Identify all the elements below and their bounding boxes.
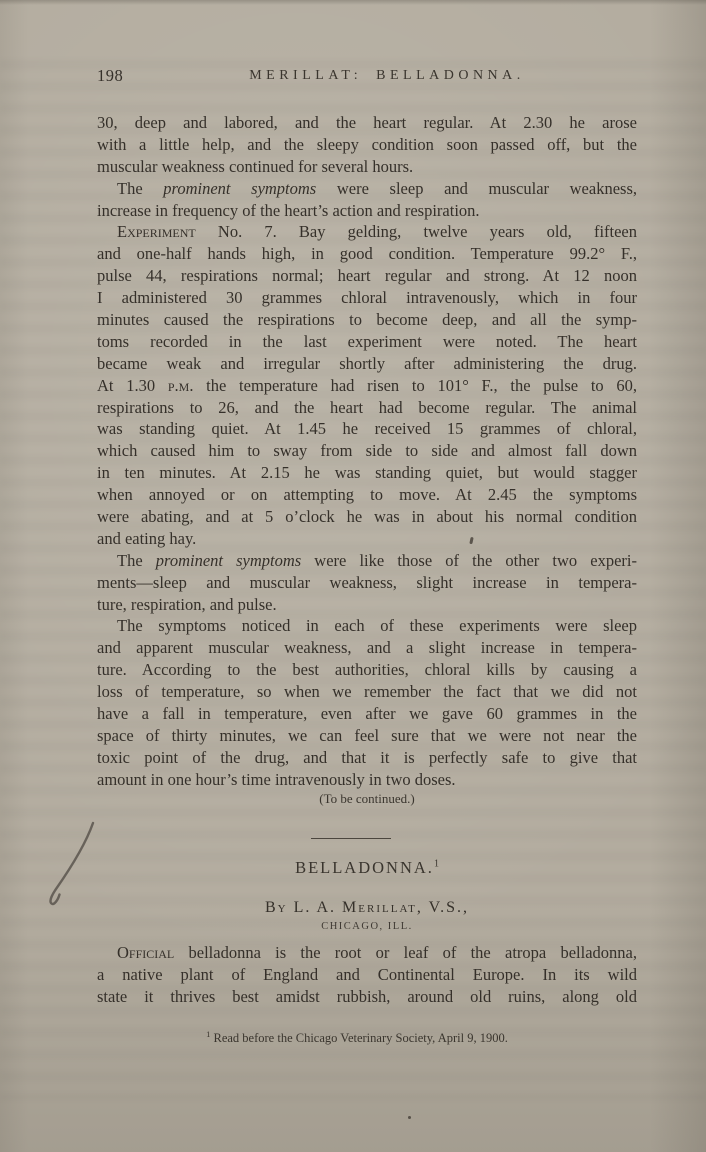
text-line: toxic point of the drug, and that it is … — [97, 747, 637, 769]
text-line: I administered 30 grammes chloral intrav… — [97, 287, 637, 309]
footnote-text: Read before the Chicago Veterinary Socie… — [210, 1031, 508, 1045]
to-be-continued-note: (To be continued.) — [97, 791, 637, 807]
text-line: space of thirty minutes, we can feel sur… — [97, 725, 637, 747]
text-line: in ten minutes. At 2.15 he was standing … — [97, 462, 637, 484]
text-line: At 1.30 p.m. the temperature had risen t… — [97, 375, 637, 397]
text-line: loss of temperature, so when we remember… — [97, 681, 637, 703]
text-line: muscular weakness continued for several … — [97, 156, 637, 178]
text-line: The prominent symptoms were like those o… — [97, 550, 637, 572]
footnote: 1 Read before the Chicago Veterinary Soc… — [97, 1029, 617, 1046]
text-line: amount in one hour’s time intravenously … — [97, 769, 637, 791]
text-line: with a little help, and the sleepy condi… — [97, 134, 637, 156]
byline: By L. A. Merillat, V.S., — [97, 899, 637, 917]
text-line: 30, deep and labored, and the heart regu… — [97, 112, 637, 134]
running-title: MERILLAT: BELLADONNA. — [157, 68, 617, 84]
text-line: pulse 44, respirations normal; heart reg… — [97, 265, 637, 287]
text-line: a native plant of England and Continenta… — [97, 964, 637, 986]
text-line: ments—sleep and muscular weakness, sligh… — [97, 572, 637, 594]
section-divider — [311, 838, 391, 839]
text-line: toms recorded in the last experiment wer… — [97, 331, 637, 353]
text-line: The symptoms noticed in each of these ex… — [97, 615, 637, 637]
byline-location: CHICAGO, ILL. — [97, 921, 637, 932]
text-line: and eating hay. — [97, 528, 637, 550]
text-line: ture. According to the best authorities,… — [97, 659, 637, 681]
next-article-body: Official belladonna is the root or leaf … — [97, 942, 637, 1008]
text-line: The prominent symptoms were sleep and mu… — [97, 178, 637, 200]
text-line: minutes caused the respirations to becom… — [97, 309, 637, 331]
page-number: 198 — [97, 66, 123, 86]
text-line: which caused him to sway from side to si… — [97, 440, 637, 462]
ink-dot — [408, 1116, 411, 1119]
article-title-text: BELLADONNA. — [295, 858, 434, 877]
text-line: ture, respiration, and pulse. — [97, 594, 637, 616]
text-line: when annoyed or on attempting to move. A… — [97, 484, 637, 506]
text-line: increase in frequency of the heart’s act… — [97, 200, 637, 222]
text-line: became weak and irregular shortly after … — [97, 353, 637, 375]
article-title-footnote-mark: 1 — [434, 859, 439, 870]
article-title: BELLADONNA.1 — [97, 858, 637, 878]
text-line: were abating, and at 5 o’clock he was in… — [97, 506, 637, 528]
scanned-book-page: 198 MERILLAT: BELLADONNA. 30, deep and l… — [0, 0, 706, 1152]
pencil-checkmark — [40, 816, 110, 911]
text-line: Experiment No. 7. Bay gelding, twelve ye… — [97, 221, 637, 243]
running-header: 198 MERILLAT: BELLADONNA. — [97, 66, 637, 88]
text-line: was standing quiet. At 1.45 he received … — [97, 418, 637, 440]
article-end-body: 30, deep and labored, and the heart regu… — [97, 112, 637, 791]
text-line: have a fall in temperature, even after w… — [97, 703, 637, 725]
text-line: state it thrives best amidst rubbish, ar… — [97, 986, 637, 1008]
text-line: Official belladonna is the root or leaf … — [97, 942, 637, 964]
text-line: and apparent muscular weakness, and a sl… — [97, 637, 637, 659]
text-line: and one-half hands high, in good conditi… — [97, 243, 637, 265]
text-line: respirations to 26, and the heart had be… — [97, 397, 637, 419]
